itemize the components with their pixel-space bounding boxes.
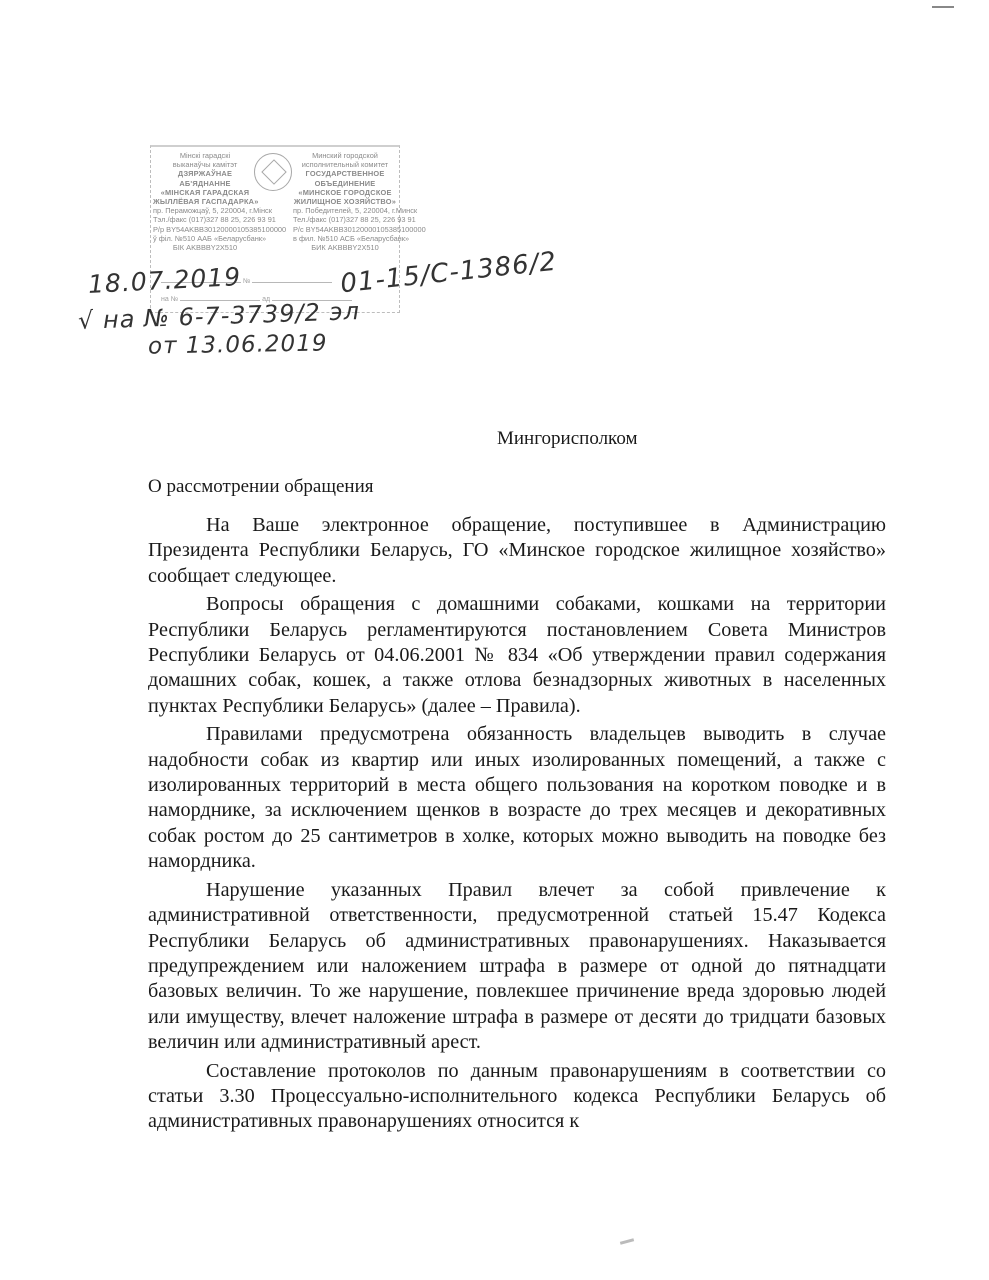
- stamp-field-label: на №: [161, 296, 178, 303]
- stamp-line: «МІНСКАЯ ГАРАДСКАЯ: [153, 188, 257, 197]
- state-emblem-icon: [254, 153, 292, 191]
- letter-body: На Ваше электронное обращение, поступивш…: [148, 513, 886, 1138]
- handwritten-reference-number: √ на № 6-7-3739/2 эл: [78, 297, 361, 335]
- scan-corner-mark: [932, 6, 954, 8]
- stamp-line: ОБЪЕДИНЕНИЕ: [293, 179, 397, 188]
- stamp-line: исполнительный комитет: [293, 160, 397, 169]
- stamp-line: ў філ. №510 ААБ «Беларусбанк»: [153, 234, 257, 243]
- stamp-line: ЖИЛИЩНОЕ ХОЗЯЙСТВО»: [293, 197, 397, 206]
- stamp-line: Тэл./факс (017)327 88 25, 226 93 91: [153, 215, 257, 224]
- paragraph: Составление протоколов по данным правона…: [148, 1059, 886, 1135]
- stamp-line: «МИНСКОЕ ГОРОДСКОЕ: [293, 188, 397, 197]
- paragraph: На Ваше электронное обращение, поступивш…: [148, 513, 886, 589]
- scan-speck: [620, 1238, 634, 1245]
- addressee: Мингорисполком: [497, 428, 637, 450]
- stamp-line: выканаўчы камітэт: [153, 160, 257, 169]
- handwritten-reference-date: от 13.06.2019: [148, 330, 328, 359]
- paragraph: Правилами предусмотрена обязанность влад…: [148, 722, 886, 874]
- stamp-belarusian-text: Мінскі гарадскі выканаўчы камітэт ДЗЯРЖА…: [153, 151, 257, 252]
- stamp-line: БІК AKBBBY2X510: [153, 243, 257, 252]
- stamp-line: Р/с BY54AKBB30120000105385100000: [293, 225, 397, 234]
- stamp-field-label: №: [243, 278, 251, 285]
- paragraph: Нарушение указанных Правил влечет за соб…: [148, 878, 886, 1056]
- stamp-line: пр. Победителей, 5, 220004, г.Минск: [293, 206, 397, 215]
- stamp-line: Мінскі гарадскі: [153, 151, 257, 160]
- stamp-line: АБ'ЯДНАННЕ: [153, 179, 257, 188]
- stamp-line: БИК AKBBBY2X510: [293, 243, 397, 252]
- stamp-line: в фил. №510 АСБ «Беларусбанк»: [293, 234, 397, 243]
- stamp-line: Р/р BY54AKBB30120000105385100000: [153, 225, 257, 234]
- stamp-russian-text: Минский городской исполнительный комитет…: [293, 151, 397, 252]
- stamp-line: Тел./факс (017)327 88 25, 226 93 91: [293, 215, 397, 224]
- stamp-line: ЖЫЛЛЁВАЯ ГАСПАДАРКА»: [153, 197, 257, 206]
- paragraph: Вопросы обращения с домашними собаками, …: [148, 592, 886, 719]
- stamp-line: Минский городской: [293, 151, 397, 160]
- letter-subject: О рассмотрении обращения: [148, 476, 374, 498]
- stamp-line: пр. Пераможцаў, 5, 220004, г.Мінск: [153, 206, 257, 215]
- stamp-line: ГОСУДАРСТВЕННОЕ: [293, 169, 397, 178]
- stamp-line: ДЗЯРЖАЎНАЕ: [153, 169, 257, 178]
